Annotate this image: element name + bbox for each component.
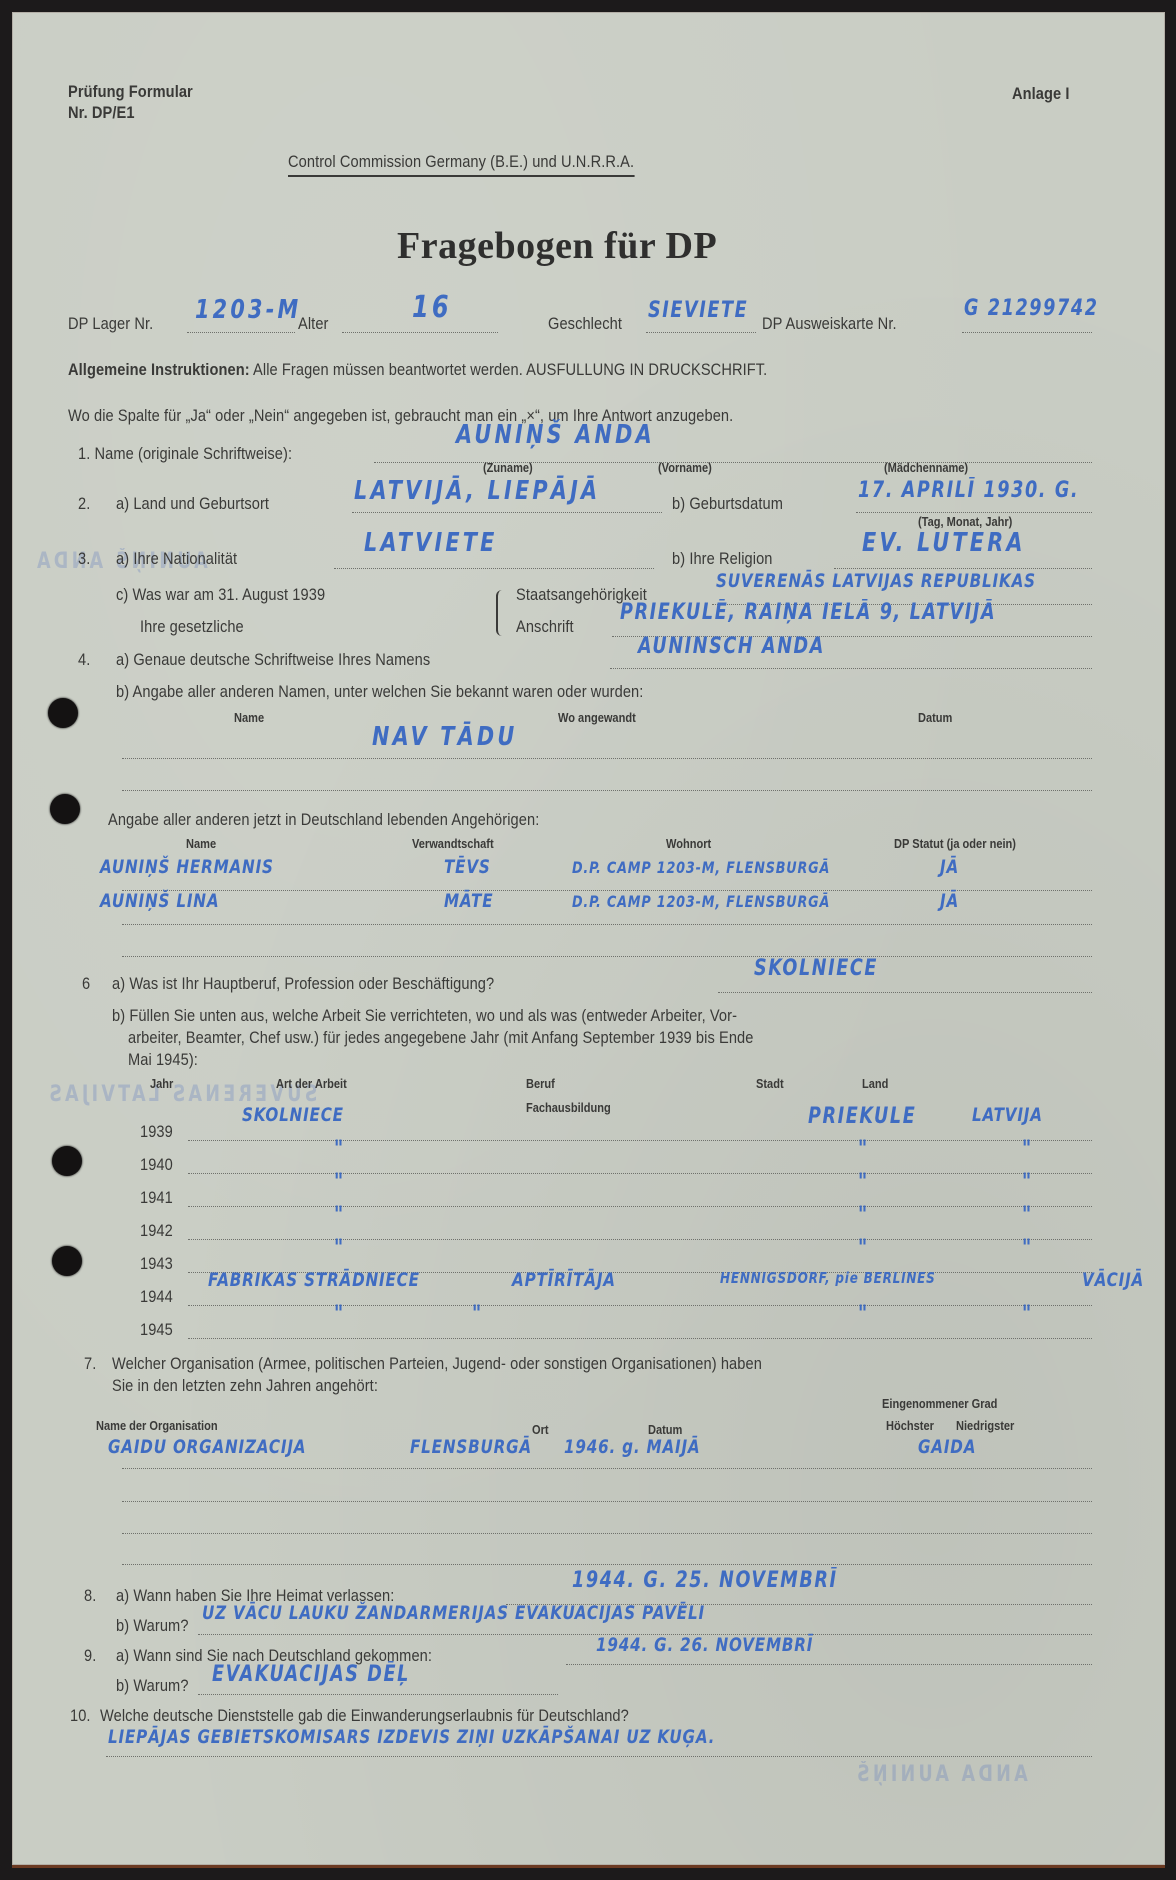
work-city: " — [858, 1170, 869, 1195]
q6-col-profession: Beruf — [526, 1076, 555, 1091]
relative-dp-status: JĀ — [940, 856, 959, 878]
citizenship-value: SUVERENĀS LATVIJAS REPUBLIKAS — [716, 570, 1036, 592]
work-country: " — [1022, 1203, 1033, 1228]
q9-number: 9. — [84, 1646, 96, 1666]
q8b-label: b) Warum? — [116, 1616, 189, 1636]
q4b-col-name: Name — [234, 710, 264, 725]
q4a-value: AUNINSCH ANDA — [638, 634, 825, 659]
q7-grade-header: Eingenommener Grad — [882, 1396, 997, 1411]
work-country: " — [1022, 1170, 1033, 1195]
q1-maidenname-hint: (Mädchenname) — [884, 460, 968, 475]
q4-number: 4. — [78, 650, 90, 670]
work-year: 1942 — [140, 1221, 173, 1241]
relative-residence: D.P. CAMP 1203-M, FLENSBURGĀ — [572, 892, 830, 911]
work-year: 1939 — [140, 1122, 173, 1142]
form-number: Nr. DP/E1 — [68, 103, 135, 123]
organization-name: GAIDU ORGANIZACIJA — [108, 1436, 306, 1458]
q3b-value: EV. LUTERA — [862, 528, 1026, 558]
q3c-label-line1: c) Was war am 31. August 1939 — [116, 585, 325, 605]
page-title: Fragebogen für DP — [397, 224, 717, 268]
q2a-label: a) Land und Geburtsort — [116, 494, 269, 514]
work-country: VĀCIJĀ — [1082, 1269, 1144, 1291]
work-country: " — [1022, 1302, 1033, 1327]
organization-date: 1946. g. MAIJĀ — [564, 1436, 700, 1458]
q10-label: Welche deutsche Dienststelle gab die Ein… — [100, 1706, 629, 1726]
q6a-label: a) Was ist Ihr Hauptberuf, Profession od… — [112, 974, 494, 994]
q8a-value: 1944. G. 25. NOVEMBRĪ — [572, 1568, 838, 1593]
q3-number: 3. — [78, 549, 90, 569]
q3a-label: a) Ihre Nationalität — [116, 549, 237, 569]
q6b-label-line1: b) Füllen Sie unten aus, welche Arbeit S… — [112, 1006, 737, 1026]
q2b-label: b) Geburtsdatum — [672, 494, 783, 514]
work-year: 1943 — [140, 1254, 173, 1274]
general-instructions-text: Alle Fragen müssen beantwortet werden. A… — [253, 360, 767, 379]
address-value: PRIEKULĒ, RAIŅA IELĀ 9, LATVIJĀ — [620, 600, 996, 625]
punch-hole — [48, 698, 78, 728]
relative-residence: D.P. CAMP 1203-M, FLENSBURGĀ — [572, 858, 830, 877]
q2b-value: 17. APRILĪ 1930. G. — [858, 478, 1079, 503]
annex-label: Anlage I — [1012, 84, 1070, 104]
work-year: 1941 — [140, 1188, 173, 1208]
work-city: " — [858, 1236, 869, 1261]
work-country: " — [1022, 1236, 1033, 1261]
q1-label: 1. Name (originale Schriftweise): — [78, 444, 292, 464]
q9a-value: 1944. G. 26. NOVEMBRĪ — [596, 1634, 813, 1656]
age-label: Alter — [298, 314, 329, 334]
q7-col-organization: Name der Organisation — [96, 1418, 218, 1433]
q4a-label: a) Genaue deutsche Schriftweise Ihres Na… — [116, 650, 430, 670]
q4b-col-where: Wo angewandt — [558, 710, 636, 725]
address-label: Anschrift — [516, 617, 574, 637]
q5-col-dp-status: DP Statut (ja oder nein) — [894, 836, 1016, 851]
q8-number: 8. — [84, 1586, 96, 1606]
work-city: HENNIGSDORF, pie BERLINES — [720, 1269, 936, 1287]
work-type: " — [334, 1236, 345, 1261]
punch-hole — [52, 1246, 82, 1276]
work-city: PRIEKULE — [808, 1104, 916, 1129]
q5-col-residence: Wohnort — [666, 836, 711, 851]
work-year: 1940 — [140, 1155, 173, 1175]
relative-dp-status: JĀ — [940, 890, 959, 912]
q5-label: Angabe aller anderen jetzt in Deutschlan… — [108, 810, 539, 830]
q8b-value: UZ VĀCU LAUKU ŽANDARMERIJAS EVAKUACIJAS … — [202, 1602, 705, 1624]
organization-grade: GAIDA — [918, 1436, 976, 1458]
work-country: " — [1022, 1137, 1033, 1162]
q2a-value: LATVIJĀ, LIEPĀJĀ — [354, 476, 600, 506]
q3c-label-line2: Ihre gesetzliche — [140, 617, 244, 637]
commission-header: Control Commission Germany (B.E.) und U.… — [288, 152, 634, 177]
q7-label-line1: Welcher Organisation (Armee, politischen… — [112, 1354, 762, 1374]
q6-col-year: Jahr — [150, 1076, 173, 1091]
camp-label: DP Lager Nr. — [68, 314, 153, 334]
work-type: FABRIKAS STRĀDNIECE — [208, 1269, 420, 1291]
punch-hole — [50, 794, 80, 824]
q6-col-work: Art der Arbeit — [276, 1076, 347, 1091]
sex-value: SIEVIETE — [648, 298, 748, 323]
q1-firstname-hint: (Vorname) — [658, 460, 712, 475]
q6-number: 6 — [82, 974, 90, 994]
q10-value: LIEPĀJAS GEBIETSKOMISARS IZDEVIS ZIŅI UZ… — [108, 1726, 715, 1748]
work-year: 1944 — [140, 1287, 173, 1307]
q4b-label: b) Angabe aller anderen Namen, unter wel… — [116, 682, 643, 702]
q6-col-country: Land — [862, 1076, 888, 1091]
q9b-label: b) Warum? — [116, 1676, 189, 1696]
work-type: " — [334, 1137, 345, 1162]
work-type: " — [334, 1170, 345, 1195]
work-type: SKOLNIECE — [242, 1104, 344, 1126]
work-type: " — [334, 1302, 345, 1327]
relative-name: AUNIŅŠ HERMANIS — [100, 856, 274, 878]
work-country: LATVIJA — [972, 1104, 1043, 1126]
q3b-label: b) Ihre Religion — [672, 549, 773, 569]
general-instructions-label: Allgemeine Instruktionen: — [68, 360, 250, 379]
q6-col-city: Stadt — [756, 1076, 784, 1091]
relative-relation: MĀTE — [444, 890, 493, 912]
q2-number: 2. — [78, 494, 90, 514]
id-card-value: G 21299742 — [964, 296, 1099, 321]
q6b-label-line2: arbeiter, Beamter, Chef usw.) für jedes … — [128, 1028, 754, 1048]
relative-relation: TĒVS — [444, 856, 491, 878]
camp-value: 1203-M — [195, 295, 301, 325]
work-profession: " — [472, 1302, 483, 1327]
q7-col-date: Datum — [648, 1422, 682, 1437]
work-year: 1945 — [140, 1320, 173, 1340]
q1-name-value: AUNIŅŠ ANDA — [456, 420, 655, 450]
q6-col-training: Fachausbildung — [526, 1100, 611, 1115]
work-city: " — [858, 1302, 869, 1327]
relative-name: AUNIŅŠ LINA — [100, 890, 219, 912]
q1-surname-hint: (Zuname) — [483, 460, 533, 475]
q7-label-line2: Sie in den letzten zehn Jahren angehört: — [112, 1376, 378, 1396]
q3a-value: LATVIETE — [364, 528, 498, 558]
bleed-through-ink: ANDA AUNIŅŠ — [854, 1762, 1028, 1787]
q7-col-highest: Höchster — [886, 1418, 934, 1433]
q10-number: 10. — [70, 1706, 91, 1726]
form-name: Prüfung Formular — [68, 82, 193, 102]
age-value: 16 — [412, 290, 452, 325]
questionnaire-page: AUNIŅŠ ANDA SUVERENAS LATVIJAS ANDA AUNI… — [12, 12, 1165, 1868]
work-profession: APTĪRĪTĀJA — [512, 1269, 616, 1291]
q7-col-lowest: Niedrigster — [956, 1418, 1014, 1433]
q4b-col-date: Datum — [918, 710, 952, 725]
q7-col-place: Ort — [532, 1422, 549, 1437]
q2b-hint: (Tag, Monat, Jahr) — [918, 514, 1012, 529]
organization-place: FLENSBURGĀ — [410, 1436, 532, 1458]
sex-label: Geschlecht — [548, 314, 622, 334]
punch-hole — [52, 1146, 82, 1176]
work-type: " — [334, 1203, 345, 1228]
q4b-value: NAV TĀDU — [372, 722, 517, 752]
q6a-value: SKOLNIECE — [754, 956, 878, 981]
q7-number: 7. — [84, 1354, 96, 1374]
id-card-label: DP Ausweiskarte Nr. — [762, 314, 897, 334]
q6b-label-line3: Mai 1945): — [128, 1050, 198, 1070]
work-city: " — [858, 1203, 869, 1228]
q9b-value: EVAKUACIJAS DĒĻ — [212, 1662, 410, 1687]
general-instructions: Allgemeine Instruktionen: Alle Fragen mü… — [68, 360, 767, 380]
q5-col-name: Name — [186, 836, 216, 851]
work-city: " — [858, 1137, 869, 1162]
q5-col-relation: Verwandtschaft — [412, 836, 494, 851]
